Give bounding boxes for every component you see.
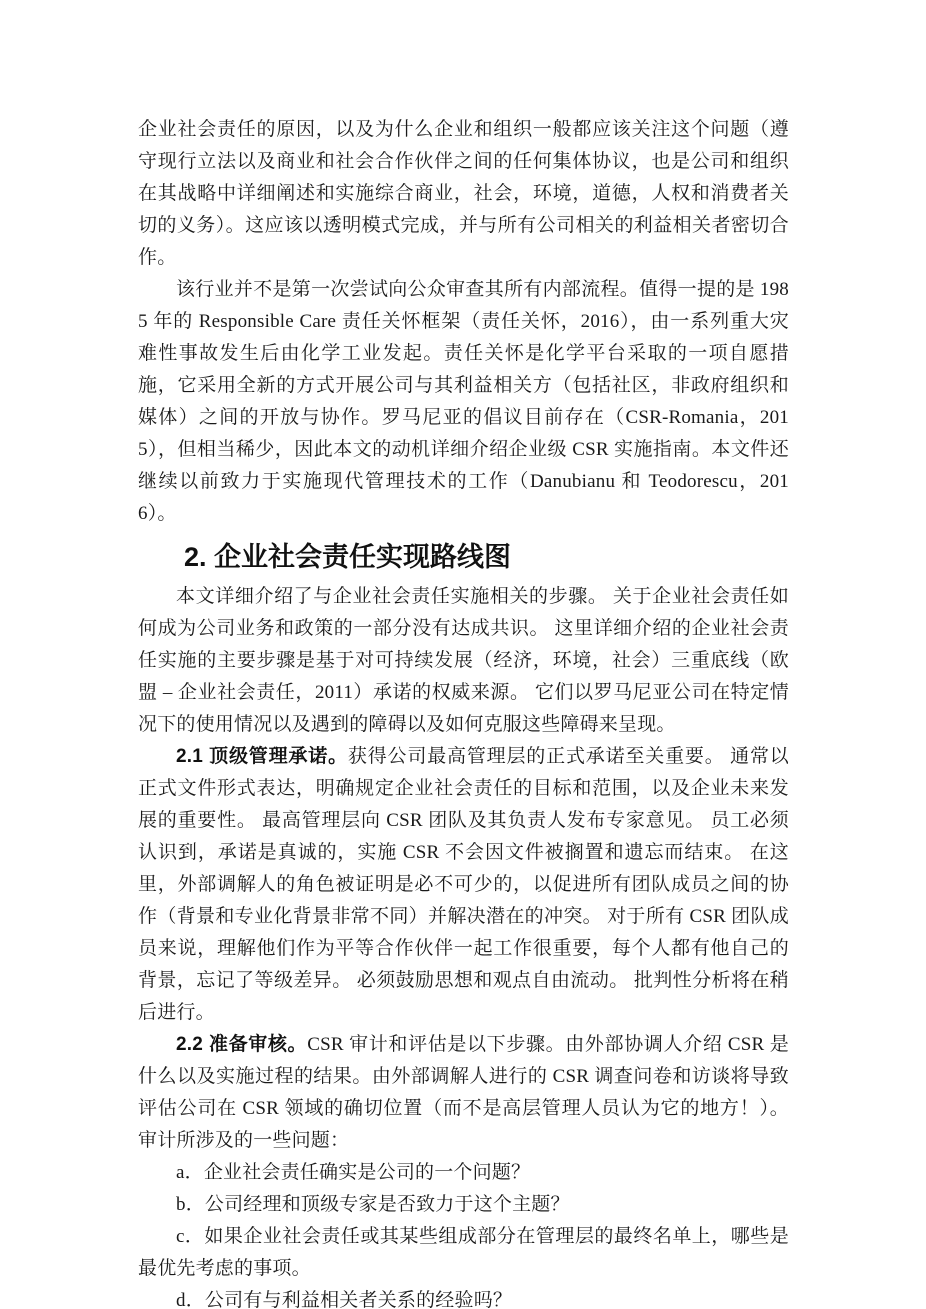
paragraph-subsection-2-2: 2.2 准备审核。CSR 审计和评估是以下步骤。由外部协调人介绍 CSR 是什么… <box>138 1029 789 1157</box>
audit-question-a: a．企业社会责任确实是公司的一个问题？ <box>138 1157 789 1189</box>
paragraph-subsection-2-1: 2.1 顶级管理承诺。获得公司最高管理层的正式承诺至关重要。 通常以正式文件形式… <box>138 741 789 1029</box>
paragraph-csr-reasons: 企业社会责任的原因，以及为什么企业和组织一般都应该关注这个问题（遵守现行立法以及… <box>138 114 789 274</box>
subsection-2-2-label: 2.2 准备审核。 <box>176 1034 307 1055</box>
audit-question-d: d．公司有与利益相关者关系的经验吗？ <box>138 1285 789 1309</box>
audit-question-c: c．如果企业社会责任或其某些组成部分在管理层的最终名单上，哪些是最优先考虑的事项… <box>138 1221 789 1285</box>
paragraph-roadmap-overview: 本文详细介绍了与企业社会责任实施相关的步骤。 关于企业社会责任如何成为公司业务和… <box>138 581 789 741</box>
audit-question-b: b．公司经理和顶级专家是否致力于这个主题？ <box>138 1189 789 1221</box>
subsection-2-1-text: 获得公司最高管理层的正式承诺至关重要。 通常以正式文件形式表达，明确规定企业社会… <box>138 746 789 1023</box>
subsection-2-1-label: 2.1 顶级管理承诺。 <box>176 746 348 767</box>
paragraph-responsible-care: 该行业并不是第一次尝试向公众审查其所有内部流程。值得一提的是 1985 年的 R… <box>138 274 789 530</box>
section-heading: 2. 企业社会责任实现路线图 <box>138 539 789 575</box>
document-page: 企业社会责任的原因，以及为什么企业和组织一般都应该关注这个问题（遵守现行立法以及… <box>0 0 926 1309</box>
